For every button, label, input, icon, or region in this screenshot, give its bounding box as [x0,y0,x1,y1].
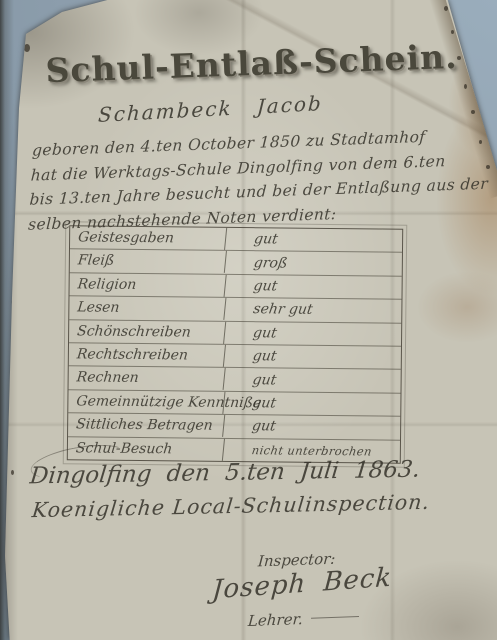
grade-cell: gut [225,231,403,249]
grade-cell: gut [223,418,401,436]
edge-speck [12,150,15,155]
authority-line: Koenigliche Local-Schulinspection. [31,490,431,522]
table-row: Sittliches Betragen gut [68,413,400,440]
subject-cell: Rechnen [68,367,226,391]
intro-paragraph: geboren den 4.ten October 1850 zu Stadta… [28,123,473,237]
paper-shadow-wrap: Schul-Entlaß-Schein. Schambeck Jacob geb… [0,0,497,640]
certificate-title: Schul-Entlaß-Schein. [29,36,473,90]
table-row: Rechtschreiben gut [69,342,401,369]
document-content: Schul-Entlaß-Schein. Schambeck Jacob geb… [0,0,497,640]
table-row: Rechnen gut [69,366,401,393]
teacher-label: Lehrer. [247,608,359,630]
subject-cell: Schönschreiben [68,320,226,344]
grade-cell: gut [223,395,401,413]
grade-cell: gut [224,348,402,366]
grade-cell: gut [223,372,401,390]
grades-table: Geistesgaben gut Fleiß groß Religion gut… [67,225,403,463]
subject-cell: Religion [69,273,227,297]
document-paper: Schul-Entlaß-Schein. Schambeck Jacob geb… [0,0,497,640]
subject-cell: Lesen [68,296,226,320]
student-name: Schambeck Jacob [98,91,324,127]
grade-cell: nicht unterbrochen [223,443,401,459]
table-row: Lesen sehr gut [69,295,401,322]
table-row: Fleiß groß [70,249,402,276]
grade-cell: groß [225,255,403,273]
grade-cell: gut [224,278,402,296]
table-row: Gemeinnützige Kenntniße gut [68,389,400,416]
signature-name: Joseph Beck [211,563,393,606]
subject-cell: Geistesgaben [69,226,227,250]
subject-cell: Fleiß [69,250,227,274]
table-row: Religion gut [70,272,402,299]
table-row: Geistesgaben gut [70,226,402,252]
subject-cell: Gemeinnützige Kenntniße [67,390,225,414]
subject-cell: Rechtschreiben [68,343,226,367]
place-date-line: Dingolfing den 5.ten Juli 1863. [29,457,422,490]
subject-cell: Sittliches Betragen [67,414,225,438]
table-row: Schönschreiben gut [69,319,401,346]
edge-speck [9,300,12,304]
grade-cell: gut [224,325,402,343]
grade-cell: sehr gut [224,301,402,319]
photo-backdrop: Schul-Entlaß-Schein. Schambeck Jacob geb… [0,0,497,640]
